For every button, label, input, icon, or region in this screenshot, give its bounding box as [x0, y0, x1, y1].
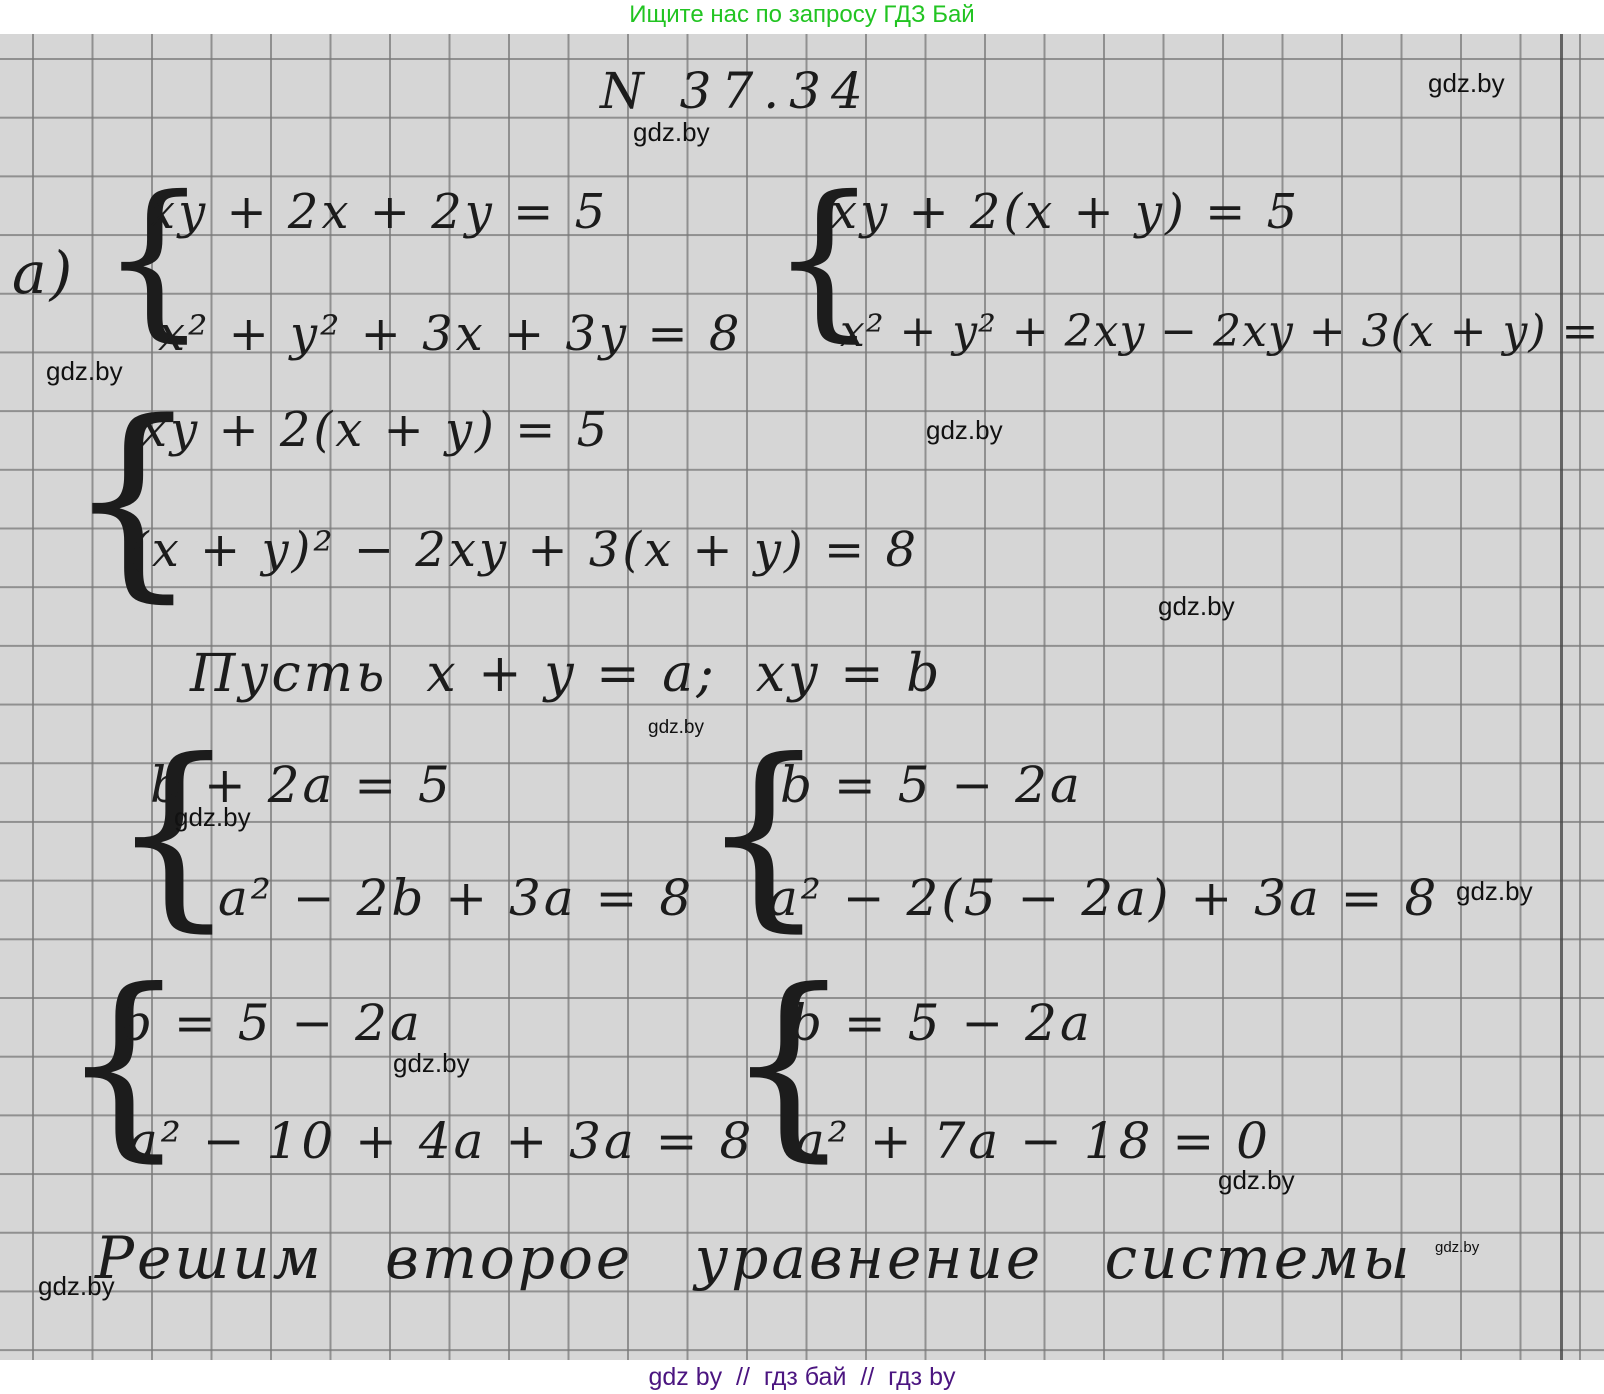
watermark: gdz.by [1435, 1239, 1479, 1256]
bottom-banner: gdz by // гдз бай // гдз by [0, 1360, 1604, 1394]
system6-eq2: a² − 10 + 4a + 3a = 8 [128, 1112, 754, 1170]
watermark: gdz.by [174, 802, 251, 833]
system3-eq1: xy + 2(x + y) = 5 [140, 402, 610, 458]
top-banner: Ищите нас по запросу ГДЗ Бай [0, 0, 1604, 34]
watermark: gdz.by [393, 1048, 470, 1079]
watermark: gdz.by [1456, 876, 1533, 907]
part-label: а) [12, 239, 75, 307]
watermark: gdz.by [926, 415, 1003, 446]
watermark: gdz.by [648, 717, 704, 739]
watermark: gdz.by [633, 117, 710, 148]
watermark: gdz.by [46, 356, 123, 387]
system7-eq1: b = 5 − 2a [790, 994, 1093, 1052]
watermark: gdz.by [38, 1271, 115, 1302]
watermark: gdz.by [1428, 68, 1505, 99]
watermark: gdz.by [1218, 1165, 1295, 1196]
system2-eq1: xy + 2(x + y) = 5 [830, 184, 1300, 240]
system4-eq2: a² − 2b + 3a = 8 [218, 869, 694, 927]
system2-eq2: x² + y² + 2xy − 2xy + 3(x + y) = 8 [840, 306, 1604, 357]
substitution-line: Пусть x + y = a; xy = b [190, 644, 942, 704]
grid-paper-scan: N 37.34 а) { xy + 2x + 2y = 5 x² + y² + … [0, 34, 1604, 1360]
watermark: gdz.by [1158, 591, 1235, 622]
closing-text: Решим второе уравнение системы [95, 1224, 1413, 1292]
system5-eq2: a² − 2(5 − 2a) + 3a = 8 [768, 869, 1439, 927]
system1-eq1: xy + 2x + 2y = 5 [148, 184, 608, 240]
system7-eq2: a² + 7a − 18 = 0 [795, 1112, 1271, 1170]
system1-eq2: x² + y² + 3x + 3y = 8 [158, 306, 742, 362]
margin-line [1560, 34, 1563, 1360]
system3-eq2: (x + y)² − 2xy + 3(x + y) = 8 [130, 522, 919, 578]
system5-eq1: b = 5 − 2a [780, 756, 1083, 814]
system6-eq1: b = 5 − 2a [120, 994, 423, 1052]
problem-number: N 37.34 [600, 62, 873, 120]
